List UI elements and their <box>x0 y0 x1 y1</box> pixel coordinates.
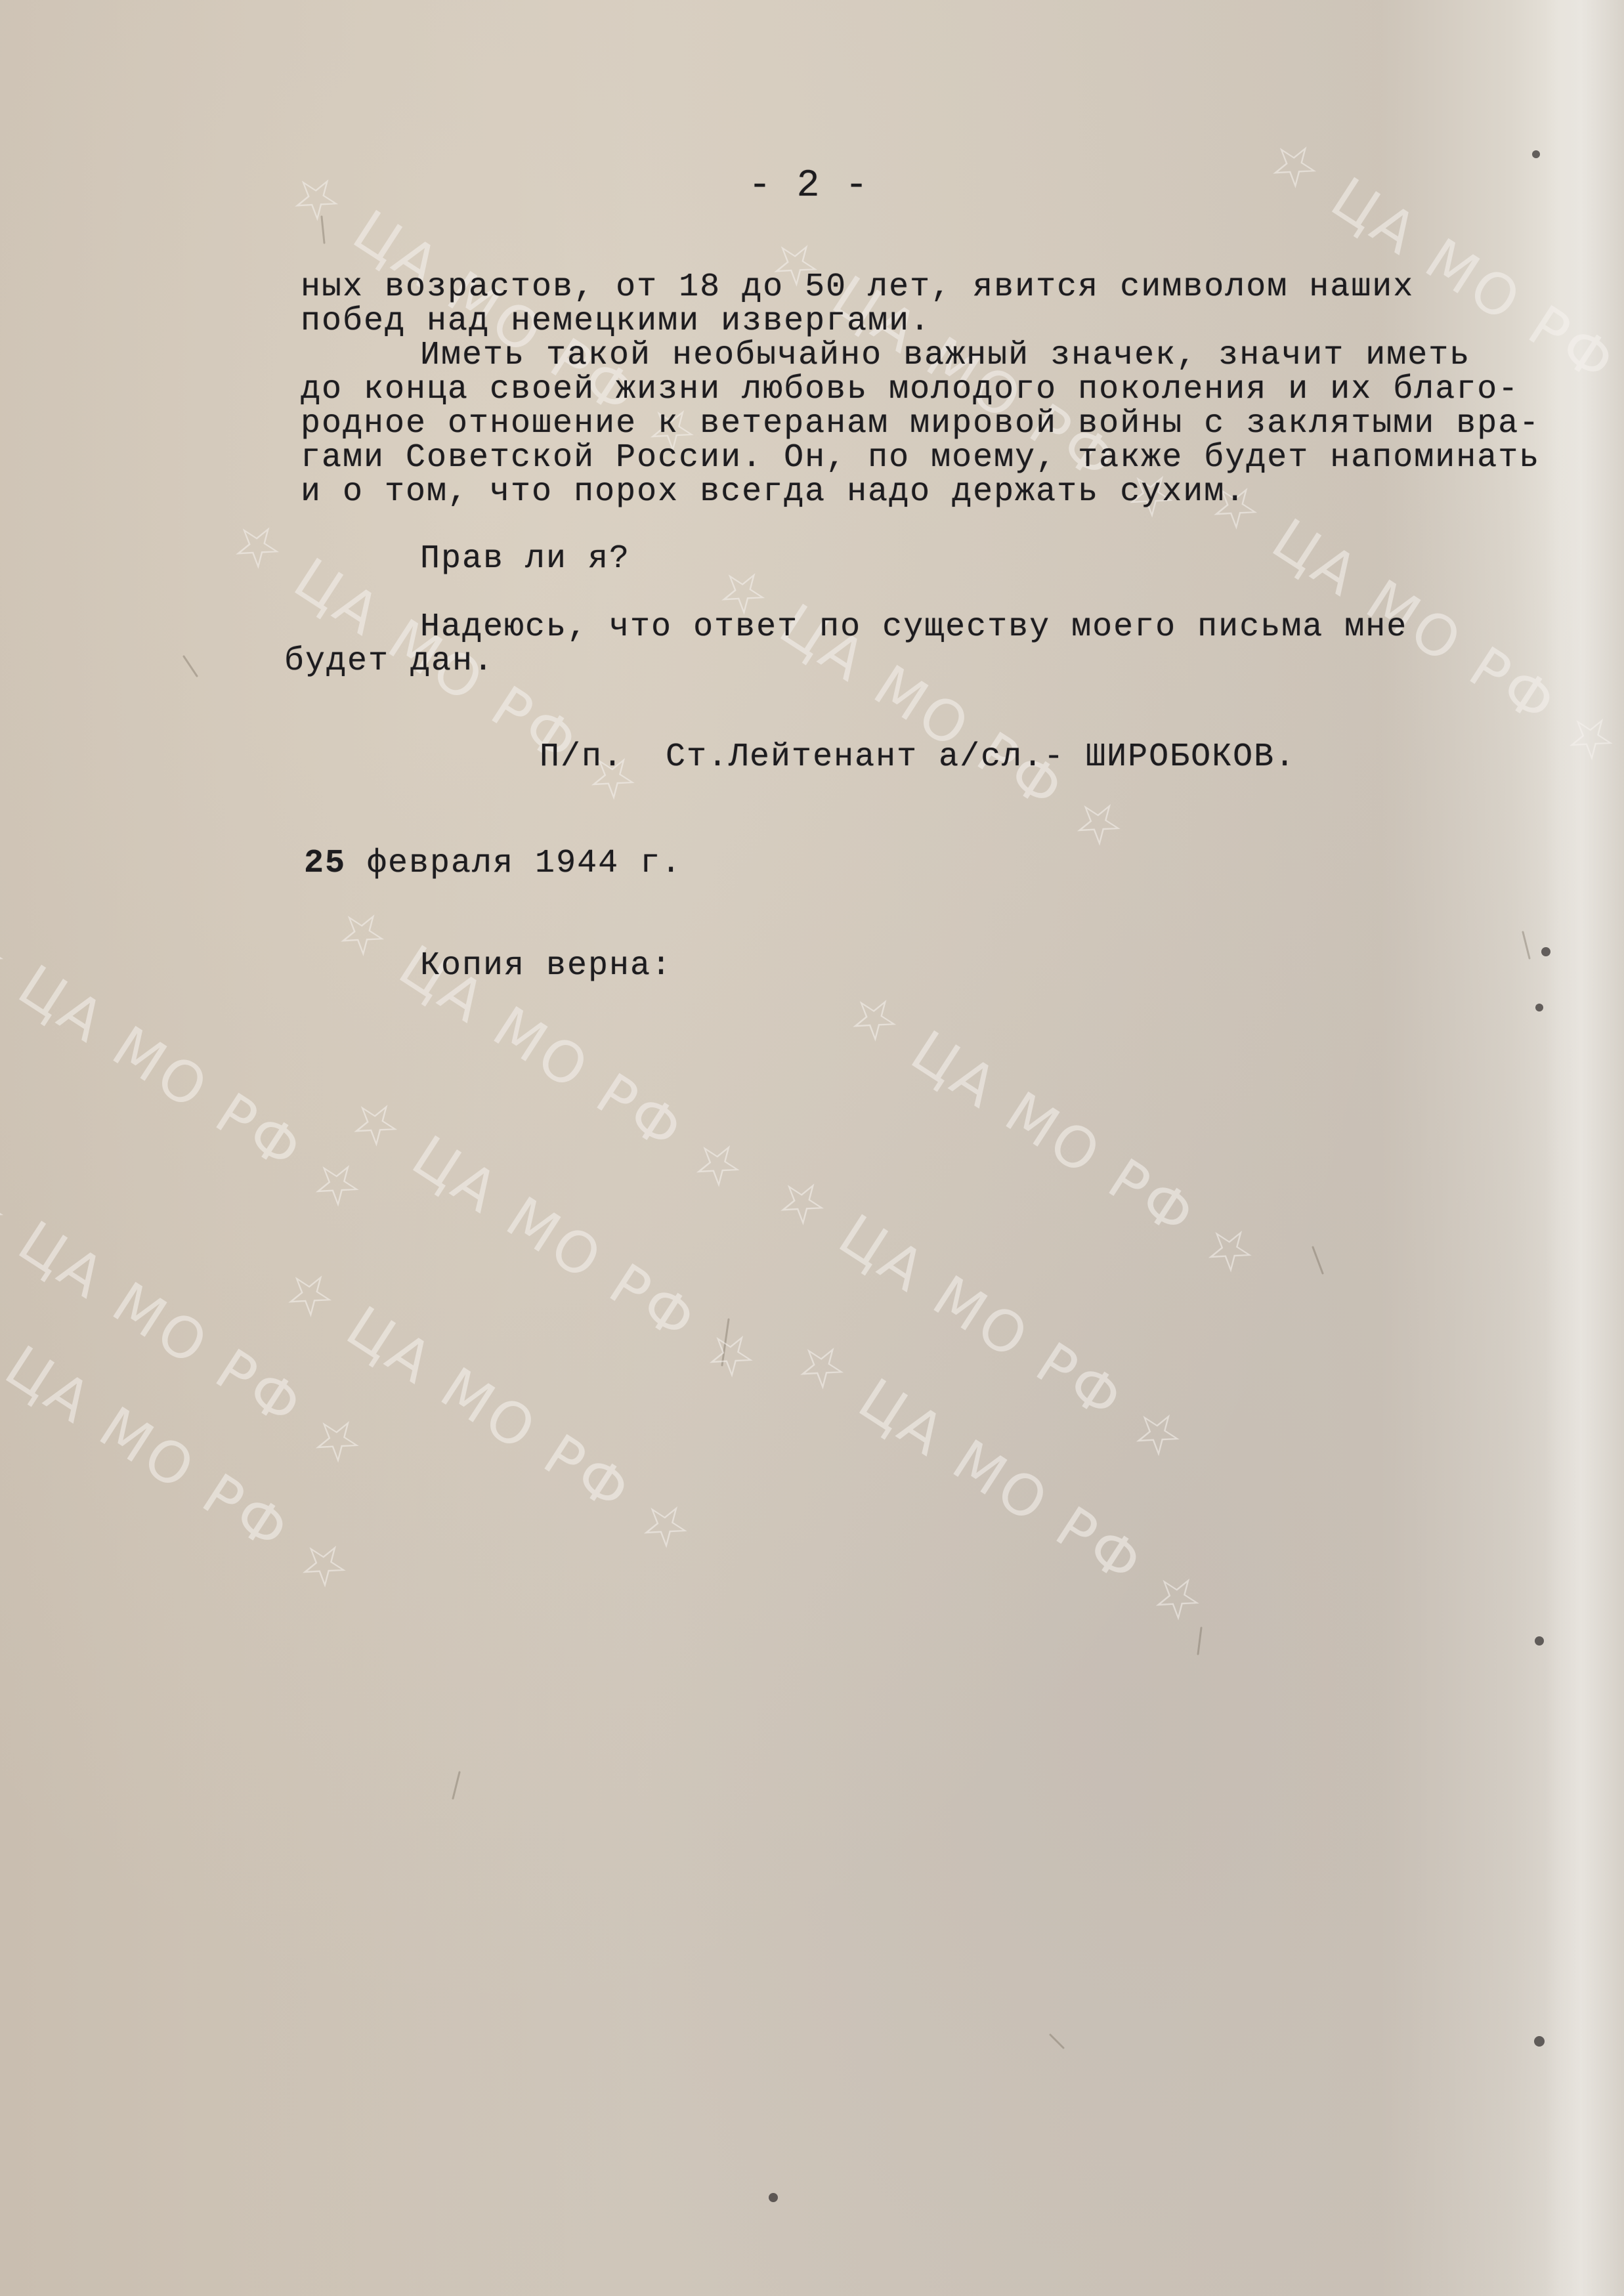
body-line: побед над немецкими извергами. <box>301 305 931 339</box>
date-rest: февраля 1944 г. <box>346 845 682 882</box>
question-line: Прав ли я? <box>420 542 630 576</box>
watermark: ☆ ЦА МО РФ ☆ <box>271 1252 708 1568</box>
paper-right-edge <box>1545 0 1624 2296</box>
closing-line: будет дан. <box>284 645 494 679</box>
closing-line: Надеюсь, что ответ по существу моего пис… <box>420 610 1407 645</box>
body-line: Иметь такой необычайно важный значек, зн… <box>420 339 1470 373</box>
watermark: ☆ ЦА МО РФ ☆ <box>763 1160 1201 1476</box>
watermark: ☆ ЦА МО РФ ☆ <box>836 977 1273 1292</box>
page-number: - 2 - <box>748 169 869 203</box>
body-line: родное отношение к ветеранам мировой вой… <box>301 407 1540 441</box>
body-line: гами Советской России. Он, по моему, так… <box>301 441 1540 475</box>
copy-certified-line: Копия верна: <box>420 949 672 983</box>
watermark: ☆ ЦА МО РФ ☆ <box>704 550 1142 866</box>
watermark: ☆ ЦА МО РФ ☆ <box>337 1082 774 1397</box>
watermark: ☆ ЦА МО РФ ☆ <box>783 1325 1220 1640</box>
body-line: и о том, что порох всегда надо держать с… <box>301 475 1246 509</box>
watermark: ☆ ЦА МО РФ ☆ <box>0 1292 367 1607</box>
body-line: до конца своей жизни любовь молодого пок… <box>301 373 1519 407</box>
body-line: ных возрастов, от 18 до 50 лет, явится с… <box>301 270 1414 305</box>
date-line: 25 февраля 1944 г. <box>304 847 682 881</box>
date-day: 25 <box>304 845 346 882</box>
watermark: ☆ ЦА МО РФ ☆ <box>0 911 380 1227</box>
watermark: ☆ ЦА МО РФ ☆ <box>324 891 761 1207</box>
signature-line: П/п. Ст.Лейтенант а/сл.- ШИРОБОКОВ. <box>540 740 1296 775</box>
watermark: ☆ ЦА МО РФ ☆ <box>0 1167 380 1483</box>
